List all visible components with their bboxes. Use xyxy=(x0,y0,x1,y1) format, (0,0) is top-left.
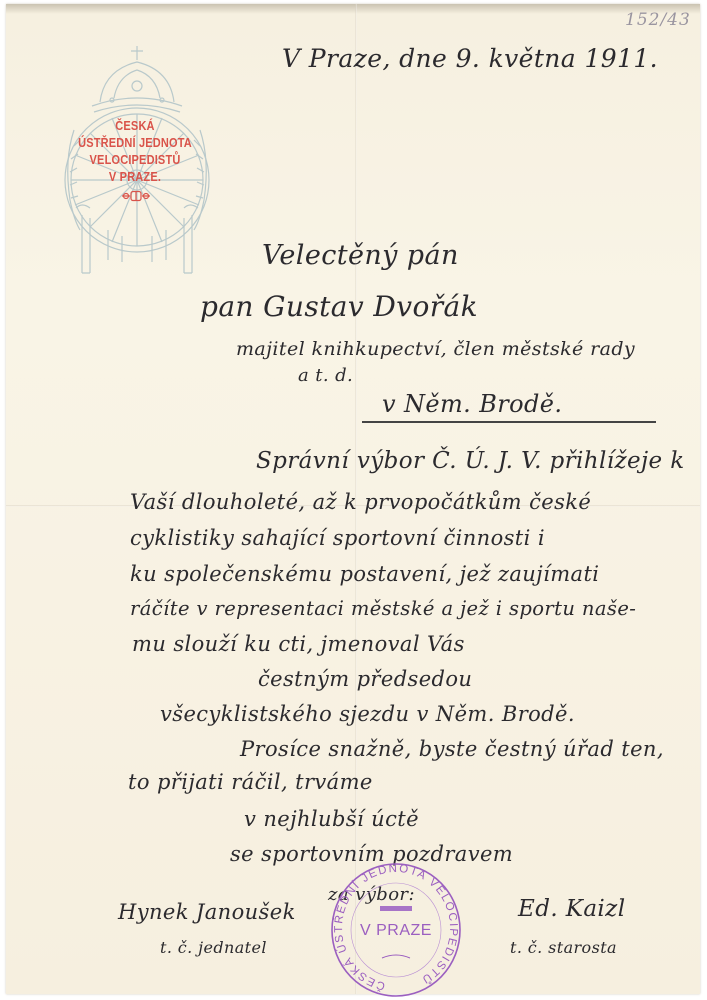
recipient-etc: a t. d. xyxy=(298,365,353,386)
body-line-1: Správní výbor Č. Ú. J. V. přihlížeje k xyxy=(256,448,685,474)
body-line-9: Prosíce snažně, byste čestný úřad ten, xyxy=(240,737,664,761)
date-line: V Praze, dne 9. května 1911. xyxy=(282,44,658,73)
signature-right-role: t. č. starosta xyxy=(510,938,617,957)
letterhead-ornament-icon xyxy=(120,190,152,202)
body-line-2: Vaší dlouholeté, až k prvopočátkům české xyxy=(130,490,591,514)
body-line-11: v nejhlubší úctě xyxy=(244,807,419,831)
body-line-8: všecyklistského sjezdu v Něm. Brodě. xyxy=(160,702,575,726)
recipient-place: v Něm. Brodě. xyxy=(382,390,562,418)
letterhead-line-1: ČESKÁ xyxy=(34,118,236,135)
letterhead-line-3: V PRAZE. xyxy=(34,169,236,186)
place-underline xyxy=(362,421,656,423)
official-stamp: ČESKÁ ÚSTŘEDNÍ JEDNOTA VELOCIPEDISTŮ V P… xyxy=(330,862,462,1000)
body-line-6: mu slouží ku cti, jmenoval Vás xyxy=(132,632,465,656)
recipient-title: majitel knihkupectví, člen městské rady xyxy=(236,338,635,360)
body-line-10: to přijati ráčil, trváme xyxy=(128,770,373,794)
scan-shadow xyxy=(6,4,700,14)
letterhead-title: ČESKÁ ÚSTŘEDNÍ JEDNOTA VELOCIPEDISTŮ V P… xyxy=(34,118,236,186)
salutation: Velectěný pán xyxy=(262,240,459,271)
stamp-center-text: V PRAZE xyxy=(330,922,462,940)
signature-left-role: t. č. jednatel xyxy=(160,938,267,957)
body-line-5: ráčíte v representaci městské a jež i sp… xyxy=(130,597,636,620)
body-line-4: ku společenskému postavení, jež zaujímat… xyxy=(130,562,599,586)
recipient-name: pan Gustav Dvořák xyxy=(200,290,478,323)
letterhead-line-2: ÚSTŘEDNÍ JEDNOTA VELOCIPEDISTŮ xyxy=(34,135,236,169)
signature-left: Hynek Janoušek xyxy=(118,900,296,924)
archive-number: 152/43 xyxy=(625,10,691,30)
body-line-3: cyklistiky sahající sportovní činnosti i xyxy=(130,526,545,550)
body-line-7: čestným předsedou xyxy=(258,667,472,691)
signature-right: Ed. Kaizl xyxy=(518,896,625,922)
